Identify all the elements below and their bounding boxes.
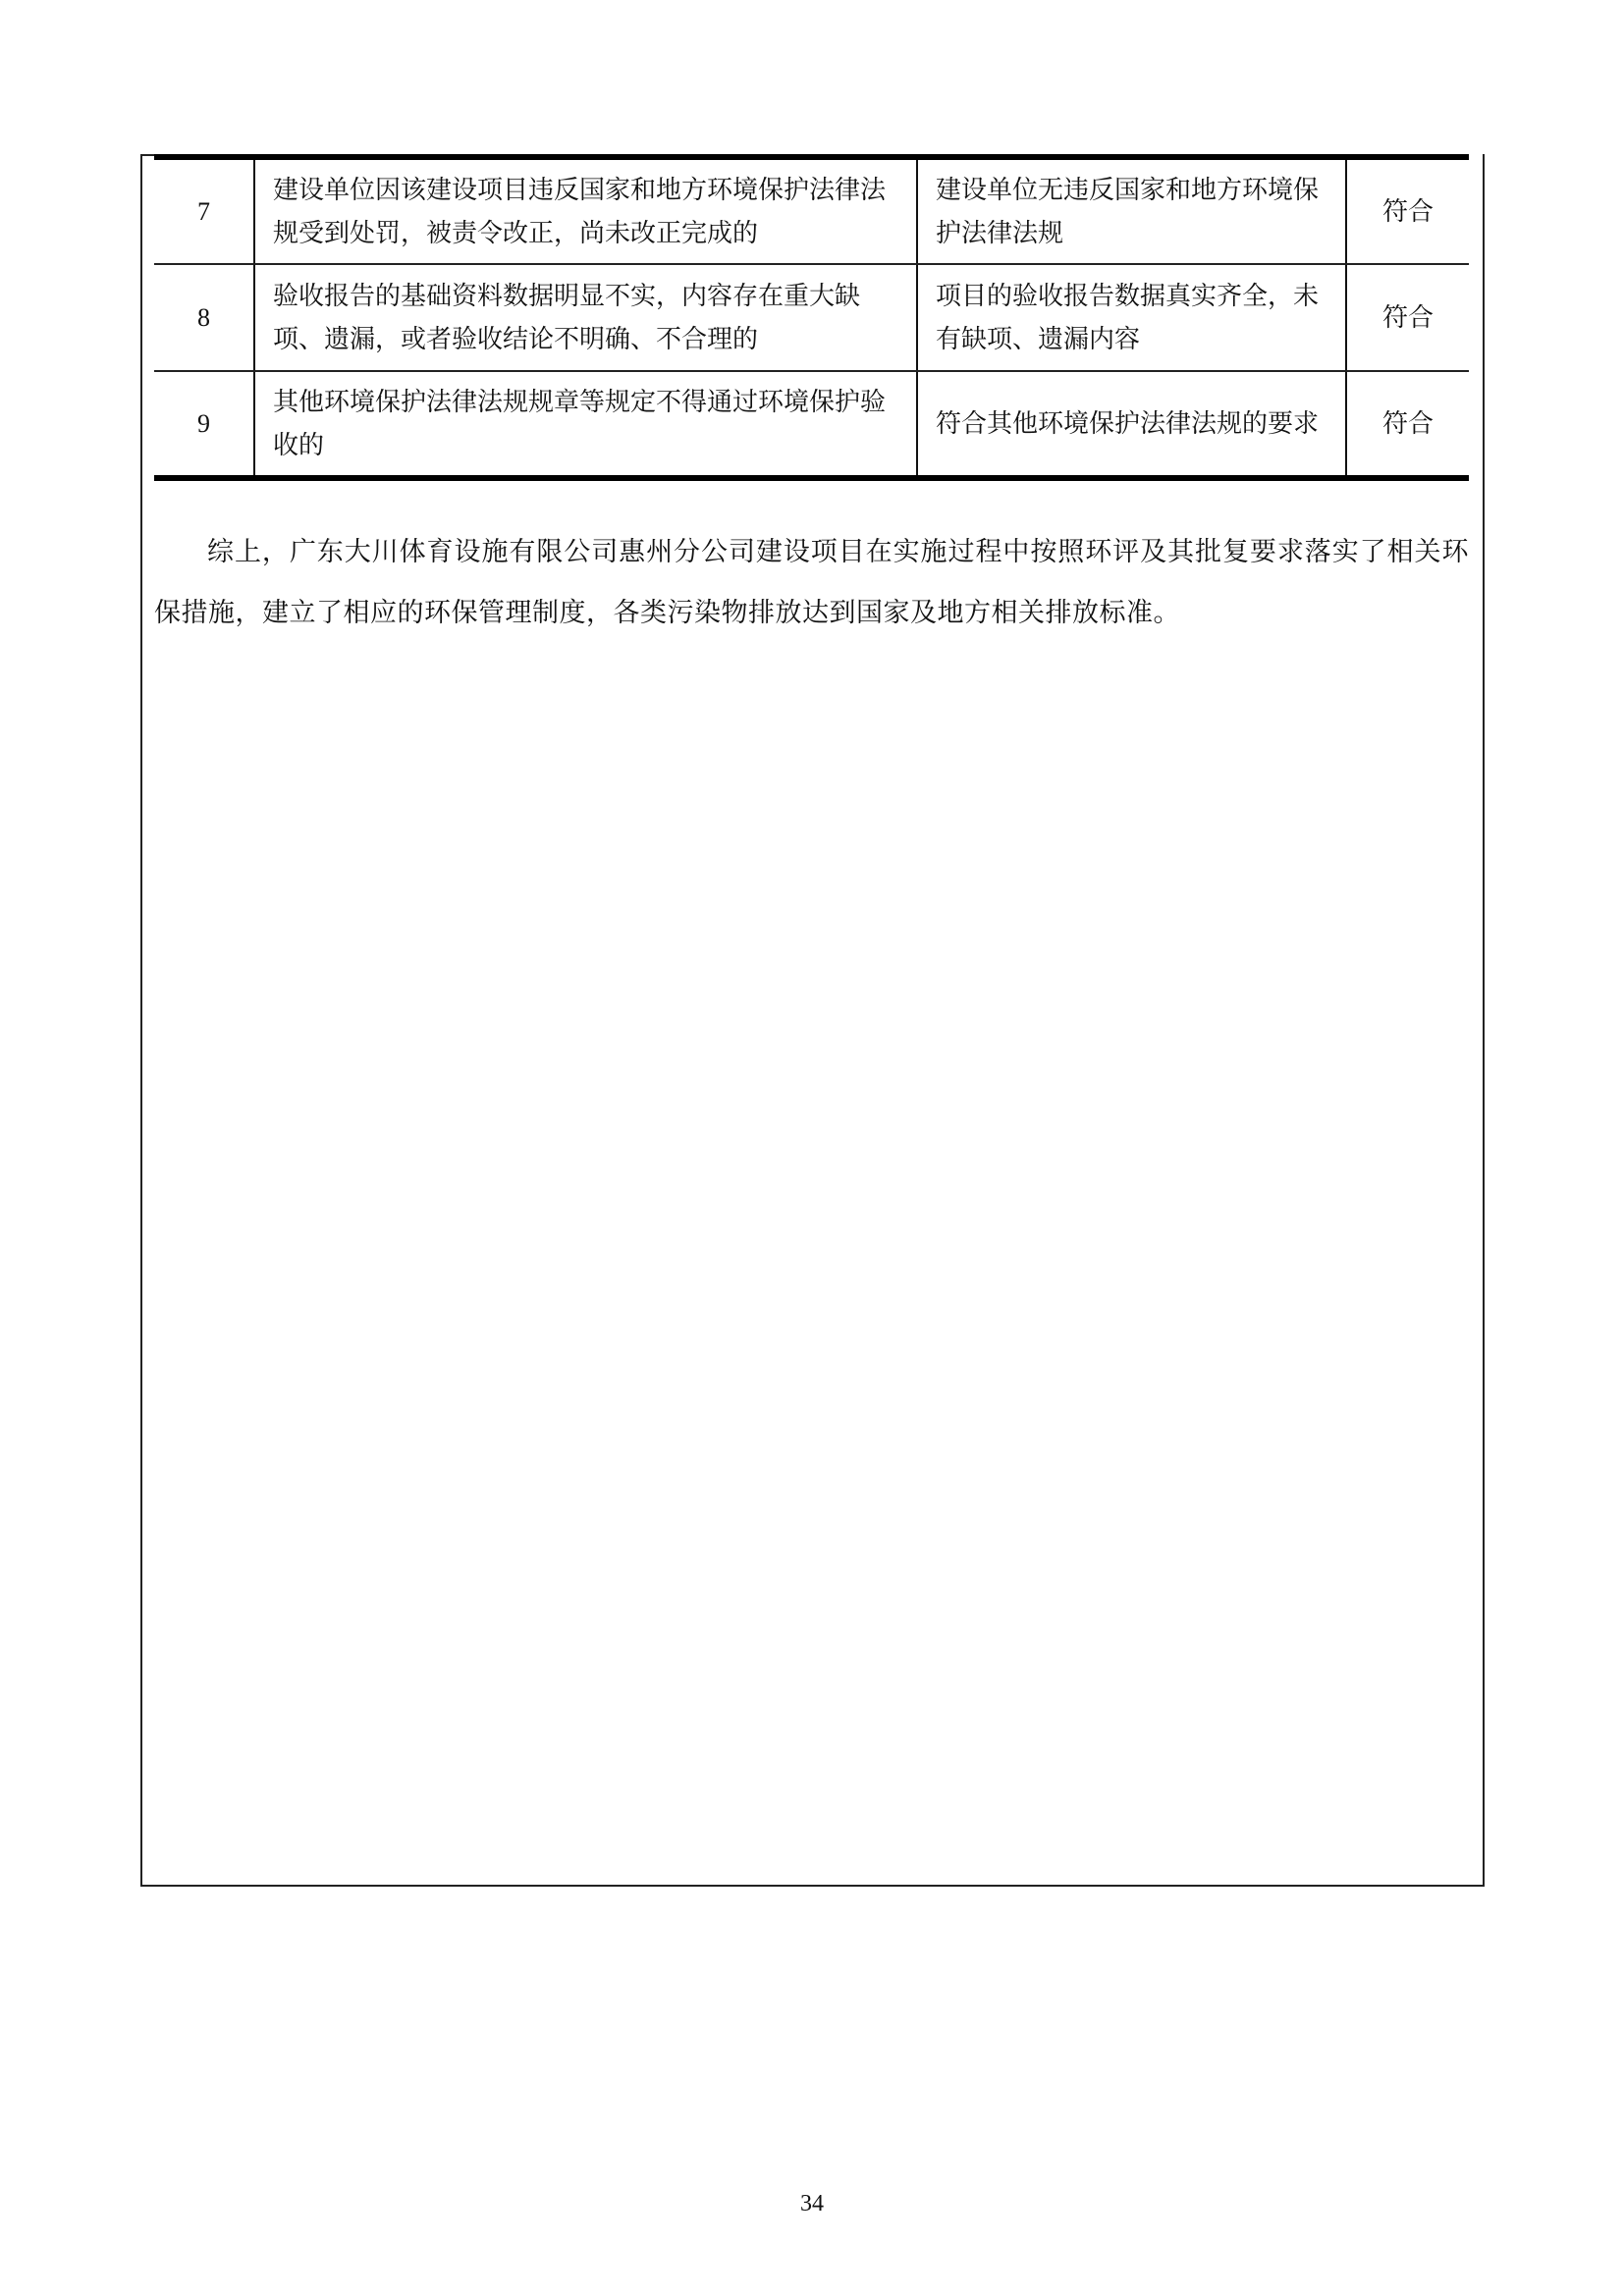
actual-status-cell: 符合其他环境保护法律法规的要求 xyxy=(917,371,1346,478)
actual-status-cell: 建设单位无违反国家和地方环境保护法律法规 xyxy=(917,157,1346,264)
compliance-table: 7 建设单位因该建设项目违反国家和地方环境保护法律法规受到处罚，被责令改正，尚未… xyxy=(154,154,1469,481)
table-row: 7 建设单位因该建设项目违反国家和地方环境保护法律法规受到处罚，被责令改正，尚未… xyxy=(154,157,1469,264)
summary-paragraph: 综上，广东大川体育设施有限公司惠州分公司建设项目在实施过程中按照环评及其批复要求… xyxy=(154,522,1469,644)
requirement-cell: 其他环境保护法律法规规章等规定不得通过环境保护验收的 xyxy=(254,371,917,478)
row-number: 8 xyxy=(154,264,254,371)
row-number: 7 xyxy=(154,157,254,264)
requirement-cell: 验收报告的基础资料数据明显不实，内容存在重大缺项、遗漏，或者验收结论不明确、不合… xyxy=(254,264,917,371)
result-cell: 符合 xyxy=(1346,264,1469,371)
actual-status-cell: 项目的验收报告数据真实齐全，未有缺项、遗漏内容 xyxy=(917,264,1346,371)
table-row: 8 验收报告的基础资料数据明显不实，内容存在重大缺项、遗漏，或者验收结论不明确、… xyxy=(154,264,1469,371)
requirement-cell: 建设单位因该建设项目违反国家和地方环境保护法律法规受到处罚，被责令改正，尚未改正… xyxy=(254,157,917,264)
row-number: 9 xyxy=(154,371,254,478)
table-row: 9 其他环境保护法律法规规章等规定不得通过环境保护验收的 符合其他环境保护法律法… xyxy=(154,371,1469,478)
page-number: 34 xyxy=(0,2191,1624,2217)
result-cell: 符合 xyxy=(1346,371,1469,478)
result-cell: 符合 xyxy=(1346,157,1469,264)
